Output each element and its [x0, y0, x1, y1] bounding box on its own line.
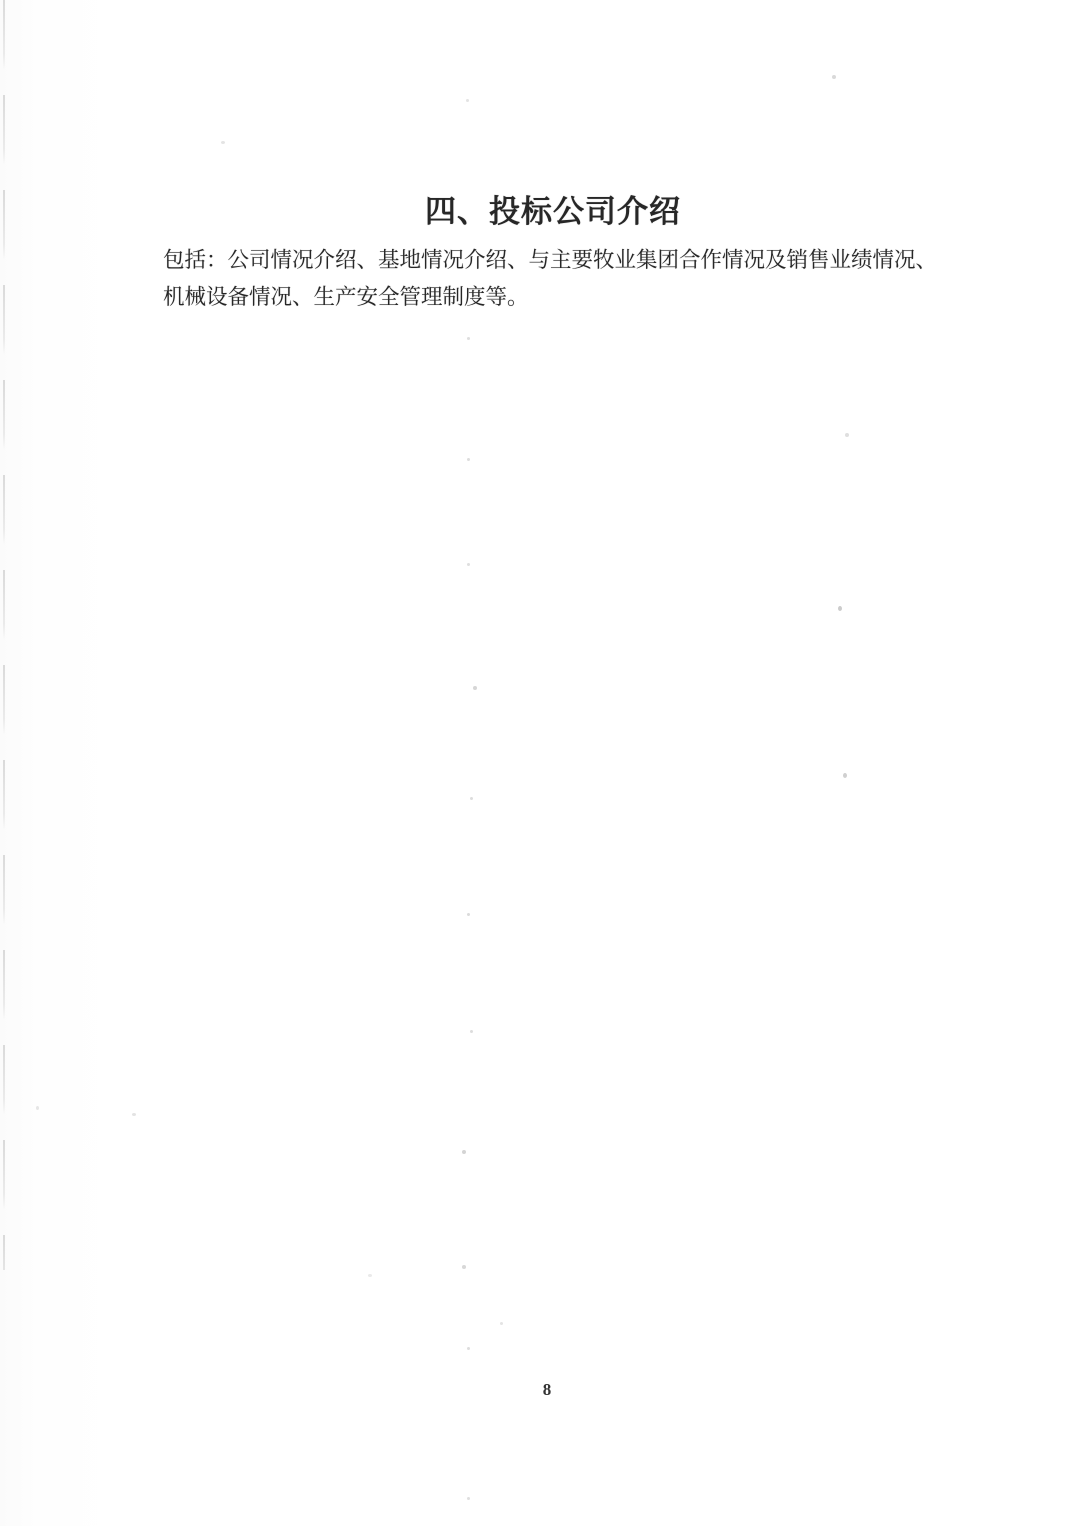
scan-speck [470, 797, 473, 800]
scan-speck [500, 1322, 503, 1325]
scan-speck [845, 433, 849, 437]
scanned-document-page: 四、投标公司介绍 包括：公司情况介绍、基地情况介绍、与主要牧业集团合作情况及销售… [0, 0, 1080, 1526]
scan-speck [368, 1274, 372, 1277]
scan-speck [467, 337, 470, 340]
page-number: 8 [0, 1380, 1080, 1400]
scan-speck [36, 1106, 39, 1110]
scan-speck [132, 1113, 136, 1116]
scan-speck [221, 141, 225, 144]
scan-speck [466, 99, 469, 102]
scan-speck [838, 606, 842, 611]
scan-speck [467, 563, 470, 566]
scan-speck [467, 913, 470, 916]
scan-edge-artifact [3, 0, 5, 1270]
scan-speck [832, 75, 836, 79]
scan-speck [473, 686, 477, 690]
paragraph-line-1: 包括：公司情况介绍、基地情况介绍、与主要牧业集团合作情况及销售业绩情况、 [163, 242, 963, 279]
scan-speck [467, 1347, 470, 1350]
scan-speck [467, 1497, 470, 1500]
body-paragraph: 包括：公司情况介绍、基地情况介绍、与主要牧业集团合作情况及销售业绩情况、 机械设… [163, 242, 963, 316]
section-heading: 四、投标公司介绍 [0, 192, 1080, 232]
scan-speck [470, 1030, 473, 1033]
scan-speck [462, 1150, 466, 1154]
scan-speck [843, 773, 847, 778]
paragraph-line-2: 机械设备情况、生产安全管理制度等。 [163, 279, 963, 316]
scan-speck [467, 458, 470, 461]
scan-speck [462, 1265, 466, 1269]
